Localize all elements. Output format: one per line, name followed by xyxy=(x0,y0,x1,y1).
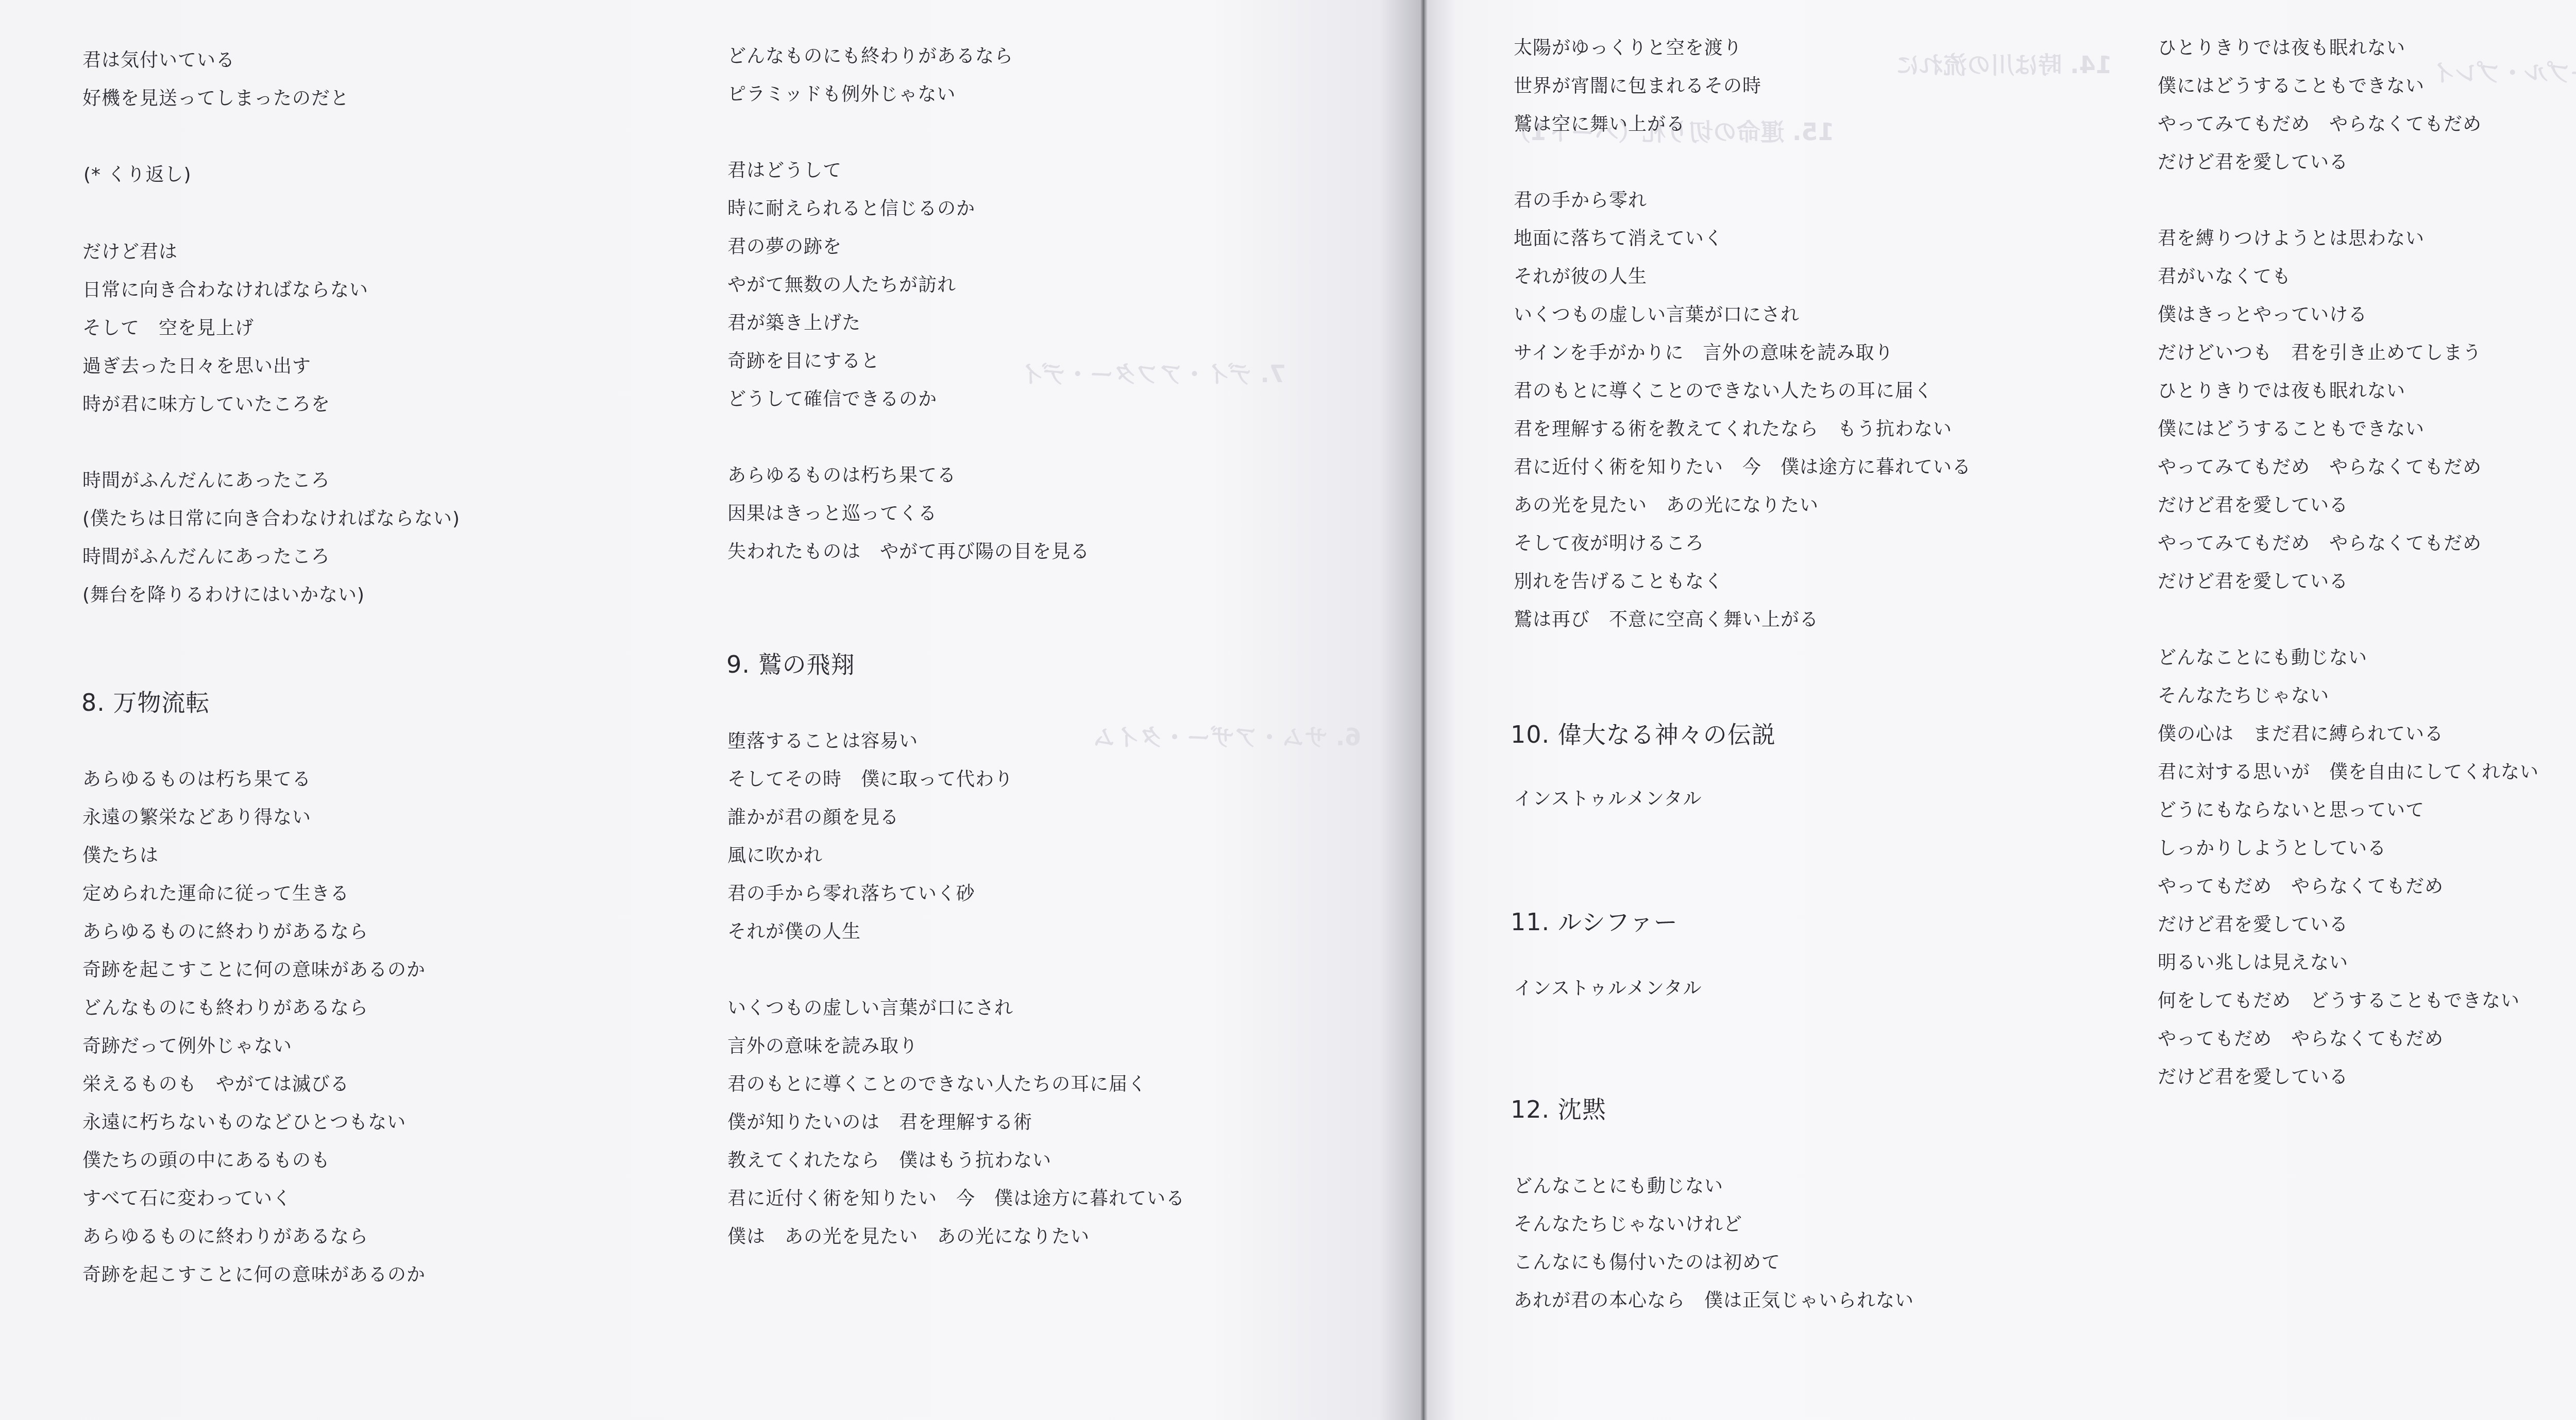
booklet-centerfold xyxy=(1420,0,1428,1420)
right-page xyxy=(1427,0,2576,1420)
lyric-line: どんなものにも終わりがあるなら xyxy=(727,45,1013,68)
lyric-line: そんなたちじゃないけれど xyxy=(1514,1213,1742,1236)
lyric-line: だけど君を愛している xyxy=(2158,494,2348,517)
show-through-heading: 6. サム・アザー・タイム xyxy=(1092,718,1361,752)
lyric-line: 鷲は空に舞い上がる xyxy=(1514,113,1685,136)
show-through-heading: 14. 時は川の流れに xyxy=(1896,46,2112,80)
lyric-line: 僕は あの光を見たい あの光になりたい xyxy=(727,1226,1090,1248)
lyric-line: だけど君を愛している xyxy=(2158,151,2348,174)
lyric-line: やってみてもだめ やらなくてもだめ xyxy=(2158,533,2482,555)
lyric-line: どんなことにも動じない xyxy=(2158,647,2367,670)
lyric-line: すべて石に変わっていく xyxy=(82,1188,292,1210)
lyric-line: そんなたちじゃない xyxy=(2158,685,2329,708)
lyric-line: 僕が知りたいのは 君を理解する術 xyxy=(727,1111,1032,1134)
lyric-line: だけどいつも 君を引き止めてしまう xyxy=(2158,342,2482,365)
lyric-line: 別れを告げることもなく xyxy=(1514,571,1723,593)
lyric-line: 好機を見送ってしまったのだと xyxy=(82,88,349,110)
lyric-line: 僕たちは xyxy=(82,845,159,867)
lyric-line: そして夜が明けるころ xyxy=(1514,533,1704,555)
instrumental-note: インストゥルメンタル xyxy=(1514,788,1702,811)
lyric-line: 奇跡だって例外じゃない xyxy=(82,1035,292,1058)
lyric-line: あの光を見たい あの光になりたい xyxy=(1514,494,1819,517)
lyric-line: 僕にはどうすることもできない xyxy=(2158,75,2425,98)
lyric-line: 因果はきっと巡ってくる xyxy=(727,503,937,525)
lyric-line: 時が君に味方していたころを xyxy=(82,394,330,416)
lyric-line: 僕にはどうすることもできない xyxy=(2158,418,2425,441)
lyric-line: 堕落することは容易い xyxy=(727,730,918,753)
lyric-line: 僕の心は まだ君に縛られている xyxy=(2158,723,2444,746)
lyric-line: 地面に落ちて消えていく xyxy=(1514,228,1723,250)
lyric-line: 何をしてもだめ どうすることもできない xyxy=(2158,990,2520,1013)
lyric-line: 君はどうして xyxy=(727,160,842,182)
lyric-line: 永遠に朽ちないものなどひとつもない xyxy=(82,1111,406,1134)
lyric-line: 言外の意味を読み取り xyxy=(727,1035,918,1058)
lyric-line: だけど君を愛している xyxy=(2158,914,2348,936)
lyric-line: ひとりきりでは夜も眠れない xyxy=(2158,380,2405,403)
lyric-line: 失われたものは やがて再び陽の目を見る xyxy=(727,541,1090,563)
lyric-line: 君のもとに導くことのできない人たちの耳に届く xyxy=(1514,380,1933,403)
lyric-line: 過ぎ去った日々を思い出す xyxy=(82,355,311,378)
lyric-line: それが僕の人生 xyxy=(727,921,861,944)
lyric-line: 奇跡を目にすると xyxy=(727,350,880,373)
lyric-line: やってもだめ やらなくてもだめ xyxy=(2158,876,2444,898)
lyric-line: 僕たちの頭の中にあるものも xyxy=(82,1150,330,1172)
song-title-10: 10. 偉大なる神々の伝説 xyxy=(1511,720,1776,749)
lyric-line: 明るい兆しは見えない xyxy=(2158,952,2348,974)
lyric-line: 誰かが君の顔を見る xyxy=(727,807,899,829)
lyric-line: 君が築き上げた xyxy=(727,312,861,335)
lyric-line: 奇跡を起こすことに何の意味があるのか xyxy=(82,959,426,982)
lyric-line: だけど君を愛している xyxy=(2158,571,2348,593)
lyric-line: 栄えるものも やがては滅びる xyxy=(82,1073,349,1096)
lyric-line: こんなにも傷付いたのは初めて xyxy=(1514,1252,1781,1274)
lyric-line: 定められた運命に従って生きる xyxy=(82,883,349,905)
lyric-line: 時間がふんだんにあったころ xyxy=(82,470,330,492)
lyric-line: 君に近付く術を知りたい 今 僕は途方に暮れている xyxy=(727,1188,1185,1210)
song-title-9: 9. 鷲の飛翔 xyxy=(726,650,855,679)
lyric-line: 教えてくれたなら 僕はもう抗わない xyxy=(727,1150,1052,1172)
lyric-line: 風に吹かれ xyxy=(727,845,823,867)
lyric-line: いくつもの虚しい言葉が口にされ xyxy=(1514,304,1800,327)
lyric-line: 鷲は再び 不意に空高く舞い上がる xyxy=(1514,609,1819,631)
lyric-line: ひとりきりでは夜も眠れない xyxy=(2158,37,2405,60)
lyric-line: サインを手がかりに 言外の意味を読み取り xyxy=(1514,342,1893,365)
lyric-line: ピラミッドも例外じゃない xyxy=(727,83,956,106)
lyric-line: 日常に向き合わなければならない xyxy=(82,279,368,302)
lyric-line: 君の夢の跡を xyxy=(727,236,842,259)
lyric-line: やってみてもだめ やらなくてもだめ xyxy=(2158,113,2482,136)
lyric-line: あれが君の本心なら 僕は正気じゃいられない xyxy=(1514,1290,1914,1312)
lyric-line: (舞台を降りるわけにはいかない) xyxy=(82,584,365,607)
lyric-line: あらゆるものに終わりがあるなら xyxy=(82,921,368,944)
lyric-line: そして 空を見上げ xyxy=(82,317,254,340)
lyric-line: 君がいなくても xyxy=(2158,266,2291,288)
lyric-line: どんなことにも動じない xyxy=(1514,1175,1723,1198)
lyric-line: それが彼の人生 xyxy=(1514,266,1647,288)
show-through-heading: 13. ゲームス・ピープル・プレイ xyxy=(2432,54,2576,88)
lyric-line: だけど君を愛している xyxy=(2158,1066,2348,1089)
lyric-line: どんなものにも終わりがあるなら xyxy=(82,997,368,1020)
lyric-line: どうにもならないと思っていて xyxy=(2158,799,2425,822)
lyric-line: (僕たちは日常に向き合わなければならない) xyxy=(82,508,460,531)
repeat-note: (* くり返し) xyxy=(83,164,192,186)
song-title-12: 12. 沈黙 xyxy=(1511,1095,1606,1124)
song-title-8: 8. 万物流転 xyxy=(81,688,210,717)
lyric-line: やってもだめ やらなくてもだめ xyxy=(2158,1028,2444,1051)
lyric-line: そしてその時 僕に取って代わり xyxy=(727,768,1013,791)
lyric-line: だけど君は xyxy=(82,241,178,264)
lyric-line: 君に対する思いが 僕を自由にしてくれない xyxy=(2158,761,2539,784)
lyric-line: 君に近付く術を知りたい 今 僕は途方に暮れている xyxy=(1514,456,1971,479)
lyric-line: やがて無数の人たちが訪れ xyxy=(727,274,956,297)
lyric-line: 時に耐えられると信じるのか xyxy=(727,198,975,220)
lyric-line: やってみてもだめ やらなくてもだめ xyxy=(2158,456,2482,479)
lyric-line: いくつもの虚しい言葉が口にされ xyxy=(727,997,1013,1020)
lyric-line: 君を理解する術を教えてくれたなら もう抗わない xyxy=(1514,418,1952,441)
lyric-line: あらゆるものは朽ち果てる xyxy=(82,768,311,791)
show-through-heading: 7. デイ・アフター・デイ xyxy=(1020,355,1286,389)
lyric-line: 君の手から零れ xyxy=(1514,190,1647,212)
lyric-line: 世界が宵闇に包まれるその時 xyxy=(1514,75,1761,98)
lyric-line: どうして確信できるのか xyxy=(727,388,937,411)
lyric-line: 君は気付いている xyxy=(82,49,235,72)
lyric-line: あらゆるものは朽ち果てる xyxy=(727,465,956,487)
lyric-line: 僕はきっとやっていける xyxy=(2158,304,2367,327)
lyric-line: 君を縛りつけようとは思わない xyxy=(2158,228,2425,250)
lyric-line: しっかりしようとしている xyxy=(2158,837,2386,860)
song-title-11: 11. ルシファー xyxy=(1511,908,1678,936)
lyric-line: あらゆるものに終わりがあるなら xyxy=(82,1226,368,1248)
lyric-line: 君の手から零れ落ちていく砂 xyxy=(727,883,975,905)
lyric-line: 君のもとに導くことのできない人たちの耳に届く xyxy=(727,1073,1147,1096)
lyric-line: 奇跡を起こすことに何の意味があるのか xyxy=(82,1264,426,1287)
lyric-line: 永遠の繁栄などあり得ない xyxy=(82,807,311,829)
lyric-line: 太陽がゆっくりと空を渡り xyxy=(1514,37,1742,60)
lyric-line: 時間がふんだんにあったころ xyxy=(82,546,330,569)
instrumental-note: インストゥルメンタル xyxy=(1514,978,1702,1000)
